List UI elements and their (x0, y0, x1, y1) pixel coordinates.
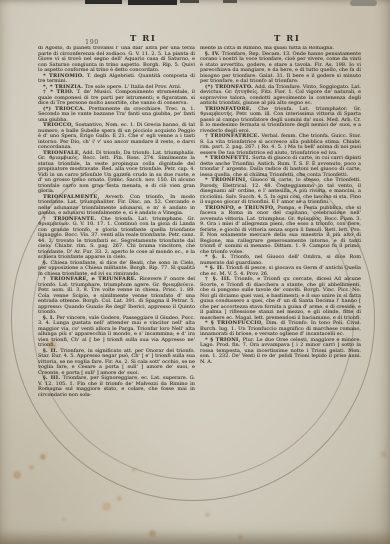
entry-headword: §. III. (43, 375, 60, 381)
scan-edge-mark (223, 0, 237, 3)
fox-spot (30, 466, 33, 469)
dictionary-entry: §. IV. Trionfare, Rep. Decam. 13. Onde h… (200, 52, 361, 85)
dictionary-entry: * § TRIONI, Plur. Le due Orse celesti, m… (200, 338, 361, 366)
dictionary-entry: † TRIONFANTE. Che trionfa. Lat. triumpha… (38, 217, 195, 261)
dictionary-entry: TRIONFALMENTE, Avverb. Con trionfo, In m… (38, 195, 195, 217)
entry-headword: §. II. (43, 348, 58, 354)
text-column-right: mente la città di Rimino, ma quasi tutta… (200, 46, 361, 440)
dictionary-entry: † §. III. Trionfo, e Trionfi qu cercate,… (200, 277, 361, 321)
dictionary-entry: (*) TRIONFATO. Add. da Trionfare. Vinto,… (200, 85, 361, 107)
entry-headword: † TRIONFANTE. (43, 216, 96, 222)
dictionary-entry: † TRIONFARE, e TRIUNFARE. Ricevere l' on… (38, 277, 195, 316)
dictionary-entry: di Agosto, di pianeti trovansi l' una da… (38, 46, 195, 74)
entry-headword: * TRIONFINI, (205, 177, 247, 183)
page-bottom-shadow (0, 530, 390, 544)
entry-headword: §. I. (43, 315, 55, 321)
entry-headword: * TRINOMIO. (43, 73, 84, 79)
dictionary-entry: (*) TRIOCCA. Prettamente da crocchiare. … (38, 107, 195, 124)
entry-headword: † * TRIO. (43, 89, 74, 95)
fox-spot (133, 469, 135, 471)
dictionary-entry: † TRIONFATRICE. Verbal. femm. Che trionf… (200, 134, 361, 156)
dictionary-entry: TRIONFALE, Add. Di trionfo, Da trionfo. … (38, 151, 195, 195)
scanned-dictionary-page: 190 T RI T RI di Agosto, di pianeti trov… (0, 0, 390, 544)
fox-spot (382, 452, 386, 456)
fox-spot (206, 513, 209, 516)
entry-headword: TRIONFALMENTE, (43, 194, 99, 200)
entry-headword: † TRIONFARE, e TRIUNFARE. (43, 276, 137, 282)
dictionary-entry: TRIOCCO, Sostantivo, Nom. ec. 1. Di Grec… (38, 123, 195, 151)
running-head-right: T RI (274, 34, 300, 44)
dictionary-entry: §. III. Trionfare, per Signoreggiare, ec… (38, 376, 195, 398)
entry-headword: * § TRIONFUCCIO, (205, 320, 263, 326)
fox-spot (41, 455, 45, 459)
dictionary-entry: TRIONFATORE. Che trionfa. Lat. triumphat… (200, 107, 361, 135)
entry-headword: §. IV. (205, 51, 220, 57)
scan-edge-mark (85, 0, 122, 4)
scan-edge-mark (180, 0, 199, 3)
dictionary-entry: † * TRIO. T. de' Musici. Componimento st… (38, 90, 195, 107)
dictionary-entry: §. Chiesa trionfante, si dice de' Beati,… (38, 261, 195, 278)
text-column-left: di Agosto, di pianeti trovansi l' una da… (38, 46, 195, 448)
entry-headword: * § TRIONI, (205, 337, 241, 343)
entry-headword: † §. III. (205, 276, 231, 282)
entry-headword: TRIONFATORE. (205, 106, 252, 112)
fox-spot (118, 497, 121, 500)
dictionary-entry: * TRIONFINI, Giuoco di carte, lo stesso,… (200, 178, 361, 206)
entry-headword: TRIONFO, e TRIUNFO, (205, 205, 275, 211)
scan-edge-mark (128, 0, 177, 5)
dictionary-entry: §. I. Per vincere, vale Godere, Passeggi… (38, 316, 195, 349)
dictionary-entry: * § TRIONFUCCIO, Dim. di Trionfo. In ton… (200, 321, 361, 338)
fox-spot (14, 472, 20, 478)
fox-spot (103, 503, 110, 510)
entry-headword: §. (43, 260, 48, 266)
entry-headword: * §. I. (205, 254, 226, 260)
dictionary-entry: * TRIONFETTI. Sorta di giuoco di carte, … (200, 156, 361, 178)
entry-headword: † TRIONFATRICE. (205, 133, 259, 139)
fox-spot (63, 518, 65, 520)
entry-headword: * TRIONFETTI. (205, 155, 250, 161)
dictionary-entry: TRIONFO, e TRIUNFO, Pompa, e Festa pubbl… (200, 206, 361, 256)
page-number: 190 (85, 38, 99, 46)
scan-edge-mark (350, 0, 377, 6)
running-head-left: T RI (130, 34, 156, 44)
entry-headword: * §. II. (205, 265, 224, 271)
entry-headword: TRIOCCO, (43, 122, 73, 128)
entry-headword: (*) TRIONFATO. (205, 84, 253, 90)
dictionary-entry: §. II. Trionfare, in significato att. pe… (38, 349, 195, 377)
entry-headword: TRIONFALE, (43, 150, 81, 156)
entry-headword: (*) TRIOCCA. (43, 106, 85, 112)
